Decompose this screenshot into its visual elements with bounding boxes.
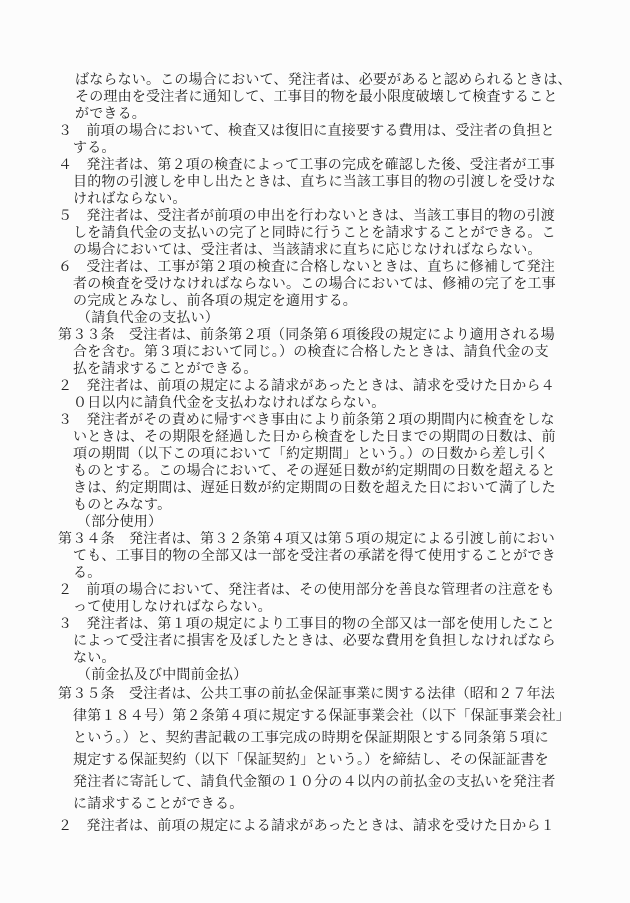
text-line: ６ 受注者は、工事が第２項の検査に合格しないときは、直ちに修補して発注 [58, 259, 610, 276]
paragraph-heading: （請負代金の支払い） [58, 310, 610, 327]
text-line: 律第１８４号）第２条第４項に規定する保証事業会社（以下「保証事業会社」 [58, 706, 610, 728]
text-line: ない。 [58, 650, 610, 667]
text-line: の完成とみなし、前各項の規定を適用する。 [58, 293, 610, 310]
text-line: ２ 前項の場合において、発注者は、その使用部分を善良な管理者の注意をも [58, 582, 610, 599]
paragraph-article: 第３５条 受注者は、公共工事の前払金保証事業に関する法律（昭和２７年法律第１８４… [58, 684, 610, 816]
text-line: 目的物の引渡しを申し出たときは、直ちに当該工事目的物の引渡しを受けな [58, 174, 610, 191]
text-line: って使用しなければならない。 [58, 599, 610, 616]
text-line: 項の期間（以下この項において「約定期間」という。）の日数から差し引く [58, 446, 610, 463]
text-line: ばならない。この場合において、発注者は、必要があると認められるときは、 [58, 72, 610, 89]
paragraph-item: ２ 前項の場合において、発注者は、その使用部分を善良な管理者の注意をもって使用し… [58, 582, 610, 616]
text-line: ３ 発注者は、第１項の規定により工事目的物の全部又は一部を使用したこと [58, 616, 610, 633]
paragraph-item: ５ 発注者は、受注者が前項の申出を行わないときは、当該工事目的物の引渡しを請負代… [58, 208, 610, 259]
text-line: ２ 発注者は、前項の規定による請求があったときは、請求を受けた日から４ [58, 378, 610, 395]
paragraph-heading: （前金払及び中間前金払） [58, 667, 610, 684]
paragraph-item: ４ 発注者は、第２項の検査によって工事の完成を確認した後、受注者が工事目的物の引… [58, 157, 610, 208]
text-line: という。）と、契約書記載の工事完成の時期を保証期限とする同条第５項に [58, 728, 610, 750]
text-line: 発注者に寄託して、請負代金額の１０分の４以内の前払金の支払いを発注者 [58, 772, 610, 794]
text-line: （部分使用） [58, 514, 610, 531]
document-body: ばならない。この場合において、発注者は、必要があると認められるときは、その理由を… [58, 72, 610, 838]
paragraph-item: ６ 受注者は、工事が第２項の検査に合格しないときは、直ちに修補して発注者の検査を… [58, 259, 610, 310]
paragraph-continuation: ばならない。この場合において、発注者は、必要があると認められるときは、その理由を… [58, 72, 610, 123]
paragraph-heading: （部分使用） [58, 514, 610, 531]
text-line: に請求することができる。 [58, 794, 610, 816]
text-line: ４ 発注者は、第２項の検査によって工事の完成を確認した後、受注者が工事 [58, 157, 610, 174]
text-line: ３ 前項の場合において、検査又は復旧に直接要する費用は、受注者の負担と [58, 123, 610, 140]
text-line: する。 [58, 140, 610, 157]
text-line: ができる。 [58, 106, 610, 123]
paragraph-article: 第３４条 発注者は、第３２条第４項又は第５項の規定による引渡し前においても、工事… [58, 531, 610, 582]
text-line: （前金払及び中間前金払） [58, 667, 610, 684]
text-line: 者の検査を受けなければならない。この場合においては、修補の完了を工事 [58, 276, 610, 293]
text-line: る。 [58, 565, 610, 582]
text-line: その理由を受注者に通知して、工事目的物を最小限度破壊して検査すること [58, 89, 610, 106]
text-line: ければならない。 [58, 191, 610, 208]
text-line: 第３３条 受注者は、前条第２項（同条第６項後段の規定により適用される場 [58, 327, 610, 344]
text-line: の場合においては、受注者は、当該請求に直ちに応じなければならない。 [58, 242, 610, 259]
text-line: ３ 発注者がその責めに帰すべき事由により前条第２項の期間内に検査をしな [58, 412, 610, 429]
paragraph-article: 第３３条 受注者は、前条第２項（同条第６項後段の規定により適用される場合を含む。… [58, 327, 610, 378]
text-line: ものとみなす。 [58, 497, 610, 514]
text-line: （請負代金の支払い） [58, 310, 610, 327]
text-line: しを請負代金の支払いの完了と同時に行うことを請求することができる。こ [58, 225, 610, 242]
text-line: 第３５条 受注者は、公共工事の前払金保証事業に関する法律（昭和２７年法 [58, 684, 610, 706]
text-line: ものとする。この場合において、その遅延日数が約定期間の日数を超えると [58, 463, 610, 480]
paragraph-item: ２ 発注者は、前項の規定による請求があったときは、請求を受けた日から４０日以内に… [58, 378, 610, 412]
text-line: によって受注者に損害を及ぼしたときは、必要な費用を負担しなければなら [58, 633, 610, 650]
paragraph-item: ３ 発注者は、第１項の規定により工事目的物の全部又は一部を使用したことによって受… [58, 616, 610, 667]
contract-document-page: ばならない。この場合において、発注者は、必要があると認められるときは、その理由を… [0, 0, 630, 903]
text-line: ても、工事目的物の全部又は一部を受注者の承諾を得て使用することができ [58, 548, 610, 565]
text-line: いときは、その期限を経過した日から検査をした日までの期間の日数は、前 [58, 429, 610, 446]
text-line: ０日以内に請負代金を支払わなければならない。 [58, 395, 610, 412]
text-line: きは、約定期間は、遅延日数が約定期間の日数を超えた日において満了した [58, 480, 610, 497]
paragraph-item: ３ 発注者がその責めに帰すべき事由により前条第２項の期間内に検査をしないときは、… [58, 412, 610, 514]
text-line: ５ 発注者は、受注者が前項の申出を行わないときは、当該工事目的物の引渡 [58, 208, 610, 225]
text-line: ２ 発注者は、前項の規定による請求があったときは、請求を受けた日から１ [58, 816, 610, 838]
paragraph-item: ３ 前項の場合において、検査又は復旧に直接要する費用は、受注者の負担とする。 [58, 123, 610, 157]
text-line: 第３４条 発注者は、第３２条第４項又は第５項の規定による引渡し前におい [58, 531, 610, 548]
paragraph-item: ２ 発注者は、前項の規定による請求があったときは、請求を受けた日から１ [58, 816, 610, 838]
text-line: 払を請求することができる。 [58, 361, 610, 378]
text-line: 合を含む。第３項において同じ。）の検査に合格したときは、請負代金の支 [58, 344, 610, 361]
text-line: 規定する保証契約（以下「保証契約」という。）を締結し、その保証証書を [58, 750, 610, 772]
